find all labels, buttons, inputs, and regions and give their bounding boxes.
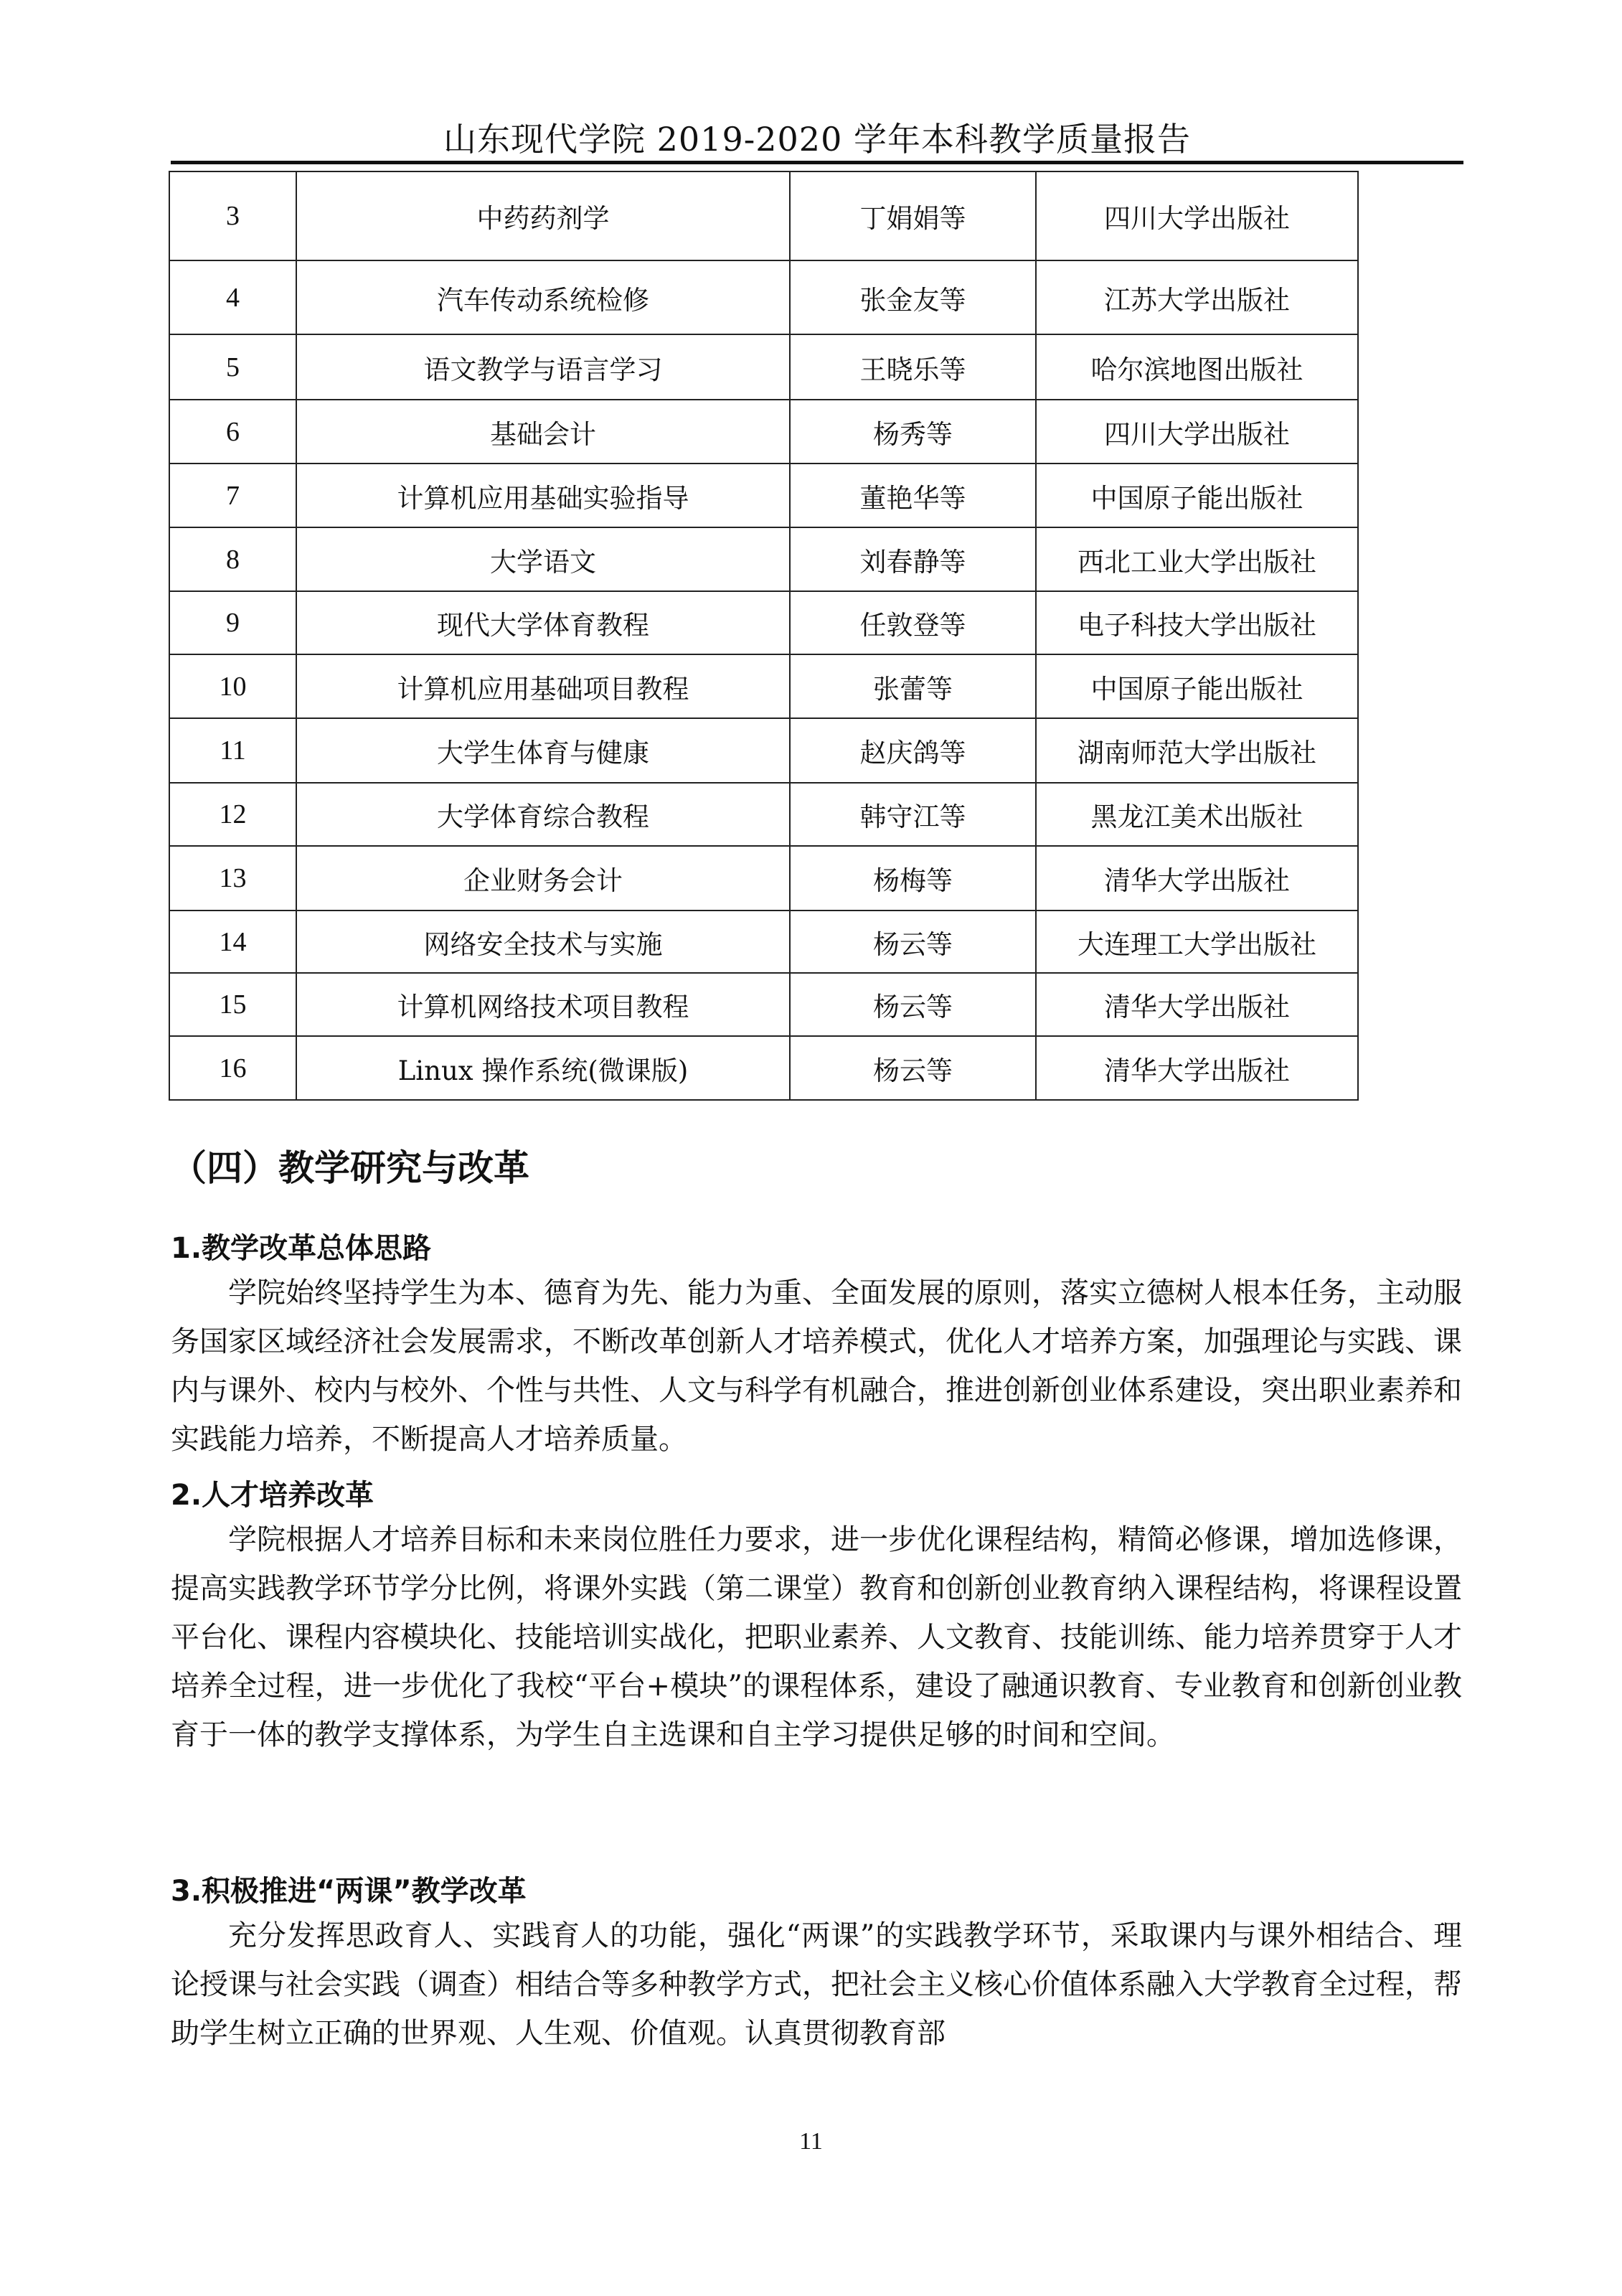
- table-row: 15 计算机网络技术项目教程 杨云等 清华大学出版社: [169, 973, 1358, 1036]
- cell-title: 大学语文: [296, 527, 790, 591]
- cell-publisher: 哈尔滨地图出版社: [1036, 334, 1358, 400]
- cell-publisher: 西北工业大学出版社: [1036, 527, 1358, 591]
- textbook-table: 3 中药药剂学 丁娟娟等 四川大学出版社 4 汽车传动系统检修 张金友等 江苏大…: [169, 171, 1359, 1101]
- cell-title: 计算机应用基础项目教程: [296, 654, 790, 718]
- cell-title: 计算机网络技术项目教程: [296, 973, 790, 1036]
- cell-publisher: 四川大学出版社: [1036, 400, 1358, 464]
- subsection-heading-3: 3.积极推进“两课”教学改革: [171, 1868, 527, 1909]
- cell-title: 基础会计: [296, 400, 790, 464]
- cell-publisher: 四川大学出版社: [1036, 171, 1358, 260]
- header-divider: [171, 161, 1463, 164]
- cell-publisher: 中国原子能出版社: [1036, 464, 1358, 527]
- cell-title: 现代大学体育教程: [296, 591, 790, 654]
- cell-author: 任敦登等: [790, 591, 1036, 654]
- cell-author: 丁娟娟等: [790, 171, 1036, 260]
- cell-publisher: 清华大学出版社: [1036, 846, 1358, 911]
- cell-author: 杨梅等: [790, 846, 1036, 911]
- cell-number: 8: [169, 527, 296, 591]
- paragraph-1: 学院始终坚持学生为本、德育为先、能力为重、全面发展的原则，落实立德树人根本任务，…: [171, 1269, 1462, 1464]
- cell-title: 中药药剂学: [296, 171, 790, 260]
- section-heading: （四）教学研究与改革: [171, 1139, 529, 1191]
- table-row: 13 企业财务会计 杨梅等 清华大学出版社: [169, 846, 1358, 911]
- cell-title: 企业财务会计: [296, 846, 790, 911]
- cell-publisher: 中国原子能出版社: [1036, 654, 1358, 718]
- cell-title: Linux 操作系统(微课版): [296, 1036, 790, 1100]
- cell-author: 张金友等: [790, 260, 1036, 334]
- cell-publisher: 清华大学出版社: [1036, 973, 1358, 1036]
- cell-author: 杨云等: [790, 911, 1036, 973]
- paragraph-3: 充分发挥思政育人、实践育人的功能，强化“两课”的实践教学环节，采取课内与课外相结…: [171, 1911, 1462, 2058]
- cell-title: 汽车传动系统检修: [296, 260, 790, 334]
- table-row: 11 大学生体育与健康 赵庆鸽等 湖南师范大学出版社: [169, 718, 1358, 783]
- cell-author: 董艳华等: [790, 464, 1036, 527]
- cell-number: 6: [169, 400, 296, 464]
- cell-author: 王晓乐等: [790, 334, 1036, 400]
- cell-title: 大学生体育与健康: [296, 718, 790, 783]
- table-row: 14 网络安全技术与实施 杨云等 大连理工大学出版社: [169, 911, 1358, 973]
- cell-title: 语文教学与语言学习: [296, 334, 790, 400]
- cell-number: 15: [169, 973, 296, 1036]
- cell-publisher: 湖南师范大学出版社: [1036, 718, 1358, 783]
- cell-title: 网络安全技术与实施: [296, 911, 790, 973]
- cell-author: 杨秀等: [790, 400, 1036, 464]
- cell-number: 4: [169, 260, 296, 334]
- cell-number: 5: [169, 334, 296, 400]
- table-row: 9 现代大学体育教程 任敦登等 电子科技大学出版社: [169, 591, 1358, 654]
- table-row: 7 计算机应用基础实验指导 董艳华等 中国原子能出版社: [169, 464, 1358, 527]
- subsection-heading-1: 1.教学改革总体思路: [171, 1225, 431, 1266]
- table-row: 12 大学体育综合教程 韩守江等 黑龙江美术出版社: [169, 783, 1358, 846]
- paragraph-2: 学院根据人才培养目标和未来岗位胜任力要求，进一步优化课程结构，精简必修课，增加选…: [171, 1515, 1462, 1759]
- table-row: 16 Linux 操作系统(微课版) 杨云等 清华大学出版社: [169, 1036, 1358, 1100]
- cell-number: 3: [169, 171, 296, 260]
- table-row: 8 大学语文 刘春静等 西北工业大学出版社: [169, 527, 1358, 591]
- cell-number: 10: [169, 654, 296, 718]
- cell-publisher: 电子科技大学出版社: [1036, 591, 1358, 654]
- cell-number: 7: [169, 464, 296, 527]
- table-row: 4 汽车传动系统检修 张金友等 江苏大学出版社: [169, 260, 1358, 334]
- cell-author: 杨云等: [790, 1036, 1036, 1100]
- cell-author: 张蕾等: [790, 654, 1036, 718]
- cell-publisher: 黑龙江美术出版社: [1036, 783, 1358, 846]
- subsection-heading-2: 2.人才培养改革: [171, 1472, 374, 1513]
- cell-publisher: 江苏大学出版社: [1036, 260, 1358, 334]
- cell-number: 13: [169, 846, 296, 911]
- table-row: 10 计算机应用基础项目教程 张蕾等 中国原子能出版社: [169, 654, 1358, 718]
- cell-number: 11: [169, 718, 296, 783]
- cell-number: 14: [169, 911, 296, 973]
- page-header-title: 山东现代学院 2019-2020 学年本科教学质量报告: [171, 113, 1463, 161]
- cell-author: 赵庆鸽等: [790, 718, 1036, 783]
- table-row: 3 中药药剂学 丁娟娟等 四川大学出版社: [169, 171, 1358, 260]
- page-number: 11: [0, 2128, 1622, 2155]
- cell-title: 大学体育综合教程: [296, 783, 790, 846]
- cell-author: 杨云等: [790, 973, 1036, 1036]
- cell-title: 计算机应用基础实验指导: [296, 464, 790, 527]
- cell-number: 12: [169, 783, 296, 846]
- cell-number: 16: [169, 1036, 296, 1100]
- table-row: 6 基础会计 杨秀等 四川大学出版社: [169, 400, 1358, 464]
- cell-publisher: 大连理工大学出版社: [1036, 911, 1358, 973]
- table-row: 5 语文教学与语言学习 王晓乐等 哈尔滨地图出版社: [169, 334, 1358, 400]
- cell-publisher: 清华大学出版社: [1036, 1036, 1358, 1100]
- cell-number: 9: [169, 591, 296, 654]
- cell-author: 刘春静等: [790, 527, 1036, 591]
- cell-author: 韩守江等: [790, 783, 1036, 846]
